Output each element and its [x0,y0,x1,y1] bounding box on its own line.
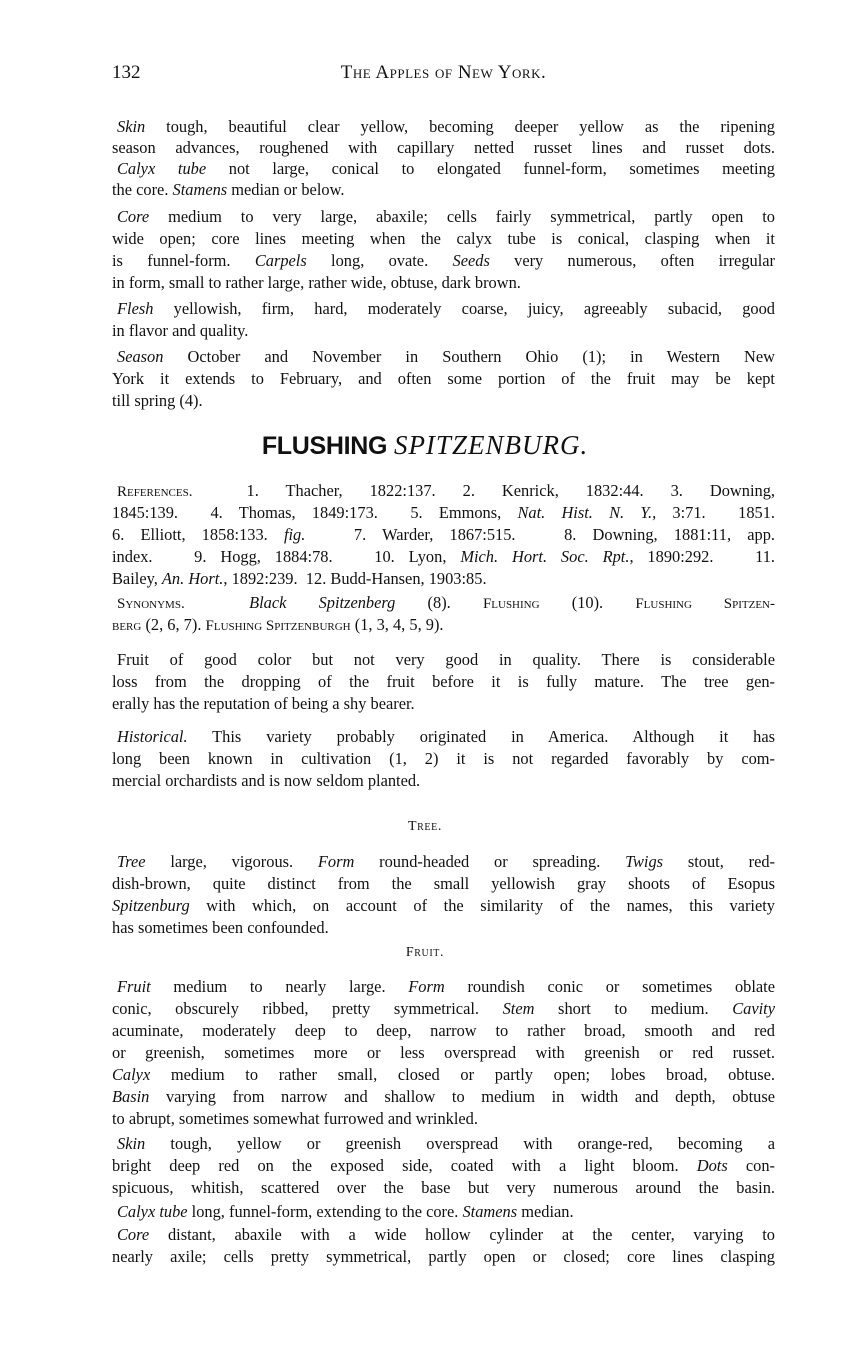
section-heading-fruit: Fruit. [0,945,850,961]
text-line: loss from the dropping of the fruit befo… [112,671,775,692]
text-line: long been known in cultivation (1, 2) it… [112,748,775,769]
text-line: index. 9. Hogg, 1884:78. 10. Lyon, Mich.… [112,546,775,567]
text-line: to abrupt, sometimes somewhat furrowed a… [112,1108,775,1129]
text-line: conic, obscurely ribbed, pretty symmetri… [112,998,775,1019]
text-line: Historical. This variety probably origin… [117,726,775,747]
text-line: wide open; core lines meeting when the c… [112,228,775,249]
text-line: mercial orchardists and is now seldom pl… [112,770,775,791]
text-line: Spitzenburg with which, on account of th… [112,895,775,916]
text-line: Calyx medium to rather small, closed or … [112,1064,775,1085]
text-line: Skin tough, yellow or greenish oversprea… [117,1133,775,1154]
text-line: Core distant, abaxile with a wide hollow… [117,1224,775,1245]
running-title: The Apples of New York. [112,62,775,84]
synonyms-label: Synonyms. [117,596,185,612]
text-line: Season October and November in Southern … [117,346,775,367]
text-line: References. 1. Thacher, 1822:137. 2. Ken… [117,480,775,503]
text-line: Fruit of good color but not very good in… [117,649,775,670]
text-line: Flesh yellowish, firm, hard, moderately … [117,298,775,319]
text-line: in form, small to rather large, rather w… [112,272,775,293]
text-line: Skin tough, beautiful clear yellow, beco… [117,116,775,137]
text-line: bright deep red on the exposed side, coa… [112,1155,775,1176]
text-line: erally has the reputation of being a shy… [112,693,775,714]
text-line: spicuous, whitish, scattered over the ba… [112,1177,775,1198]
text-line: has sometimes been confounded. [112,917,775,938]
running-head: 132 The Apples of New York. [112,62,775,86]
text-line: Calyx tube long, funnel-form, extending … [117,1201,775,1222]
entry-title: FLUSHING SPITZENBURG. [0,428,850,463]
text-line: nearly axile; cells pretty symmetrical, … [112,1246,775,1267]
text-line: till spring (4). [112,390,775,411]
text-line: or greenish, sometimes more or less over… [112,1042,775,1063]
references-label: References. [117,484,193,500]
text-line: Synonyms. Black Spitzenberg (8). Flushin… [117,592,775,615]
book-page: 132 The Apples of New York. Skin tough, … [0,0,850,1359]
text-line: Fruit medium to nearly large. Form round… [117,976,775,997]
text-line: York it extends to February, and often s… [112,368,775,389]
text-line: in flavor and quality. [112,320,775,341]
text-line: Core medium to very large, abaxile; cell… [117,206,775,227]
text-line: season advances, roughened with capillar… [112,137,775,158]
text-line: berg (2, 6, 7). Flushing Spitzenburgh (1… [112,614,775,637]
text-line: acuminate, moderately deep to deep, narr… [112,1020,775,1041]
text-line: the core. Stamens median or below. [112,179,775,200]
text-line: is funnel-form. Carpels long, ovate. See… [112,250,775,271]
text-line: Calyx tube not large, conical to elongat… [117,158,775,179]
section-heading-tree: Tree. [0,819,850,835]
text-line: 6. Elliott, 1858:133. fig. 7. Warder, 18… [112,524,775,545]
text-line: 1845:139. 4. Thomas, 1849:173. 5. Emmons… [112,502,775,523]
text-line: Basin varying from narrow and shallow to… [112,1086,775,1107]
text-line: Tree large, vigorous. Form round-headed … [117,851,775,872]
text-line: Bailey, An. Hort., 1892:239. 12. Budd-Ha… [112,568,775,589]
text-line: dish-brown, quite distinct from the smal… [112,873,775,894]
